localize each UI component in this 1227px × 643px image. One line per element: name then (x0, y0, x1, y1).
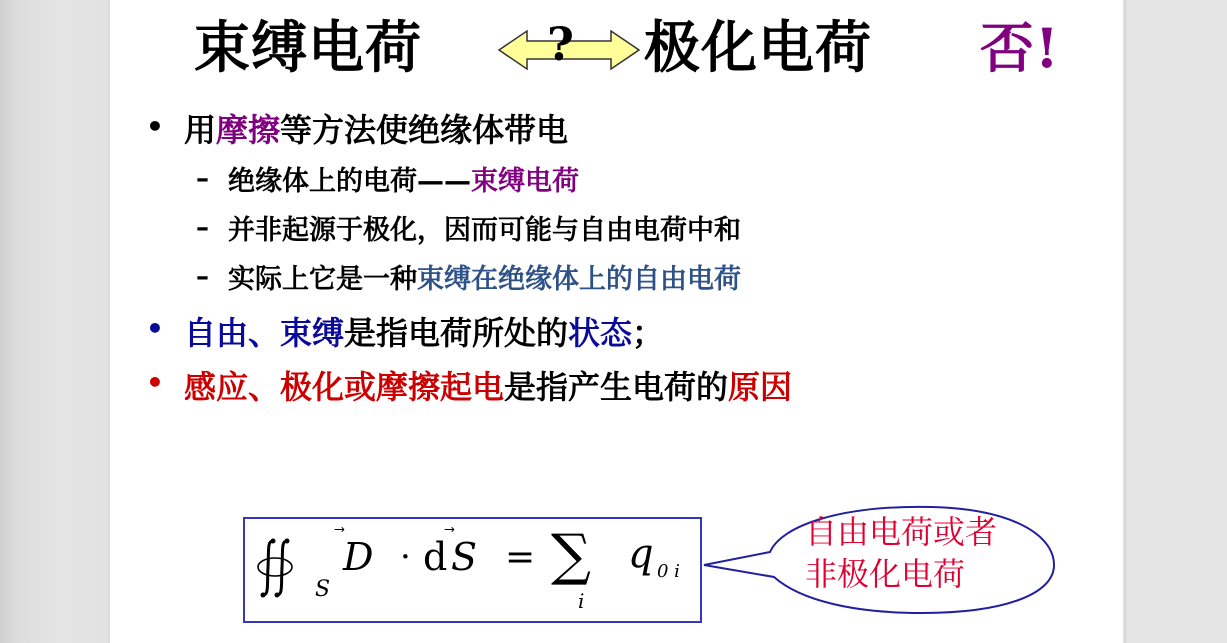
title-bound-charge: 束缚电荷 (194, 12, 422, 84)
text-segment: 绝缘体上的电荷—— (228, 166, 471, 197)
bullet-item: 用摩擦等方法使绝缘体带电 (184, 110, 568, 150)
dot-operator: · (400, 537, 411, 577)
callout-line-2: 非极化电荷 (805, 553, 997, 595)
left-margin-panel (0, 0, 110, 643)
symbol-d: d (423, 535, 447, 579)
sub-bullet-marker: – (196, 213, 209, 243)
text-segment: 是指电荷所处的 (344, 314, 568, 352)
bullet-marker: • (146, 312, 164, 345)
callout-text: 自由电荷或者 非极化电荷 (805, 511, 997, 595)
closed-surface-integral-icon (253, 537, 303, 599)
text-highlight: 感应、极化或摩擦起电 (184, 368, 504, 406)
text-segment: 是指产生电荷的 (504, 368, 728, 406)
q-subscript: 0 i (657, 561, 680, 582)
symbol-D: D (343, 535, 373, 579)
sub-bullet-marker: – (196, 262, 209, 292)
bullet-marker: • (146, 366, 164, 399)
symbol-q: q (628, 531, 654, 577)
title-question-mark: ? (547, 14, 574, 74)
text-highlight: 原因 (728, 368, 792, 406)
sub-bullet-item: 并非起源于极化，因而可能与自由电荷中和 (228, 214, 741, 248)
summation-symbol: ∑ (551, 523, 591, 588)
bullet-marker: • (146, 110, 164, 143)
bullet-item: 自由、束缚是指电荷所处的状态； (184, 313, 664, 353)
text-highlight: 束缚在绝缘体上的自由电荷 (417, 264, 741, 295)
symbol-S: S (451, 535, 477, 579)
text-segment: 并非起源于极化，因而可能与自由电荷中和 (228, 215, 741, 246)
bullet-item: 感应、极化或摩擦起电是指产生电荷的原因 (184, 367, 792, 407)
sub-bullet-item: 实际上它是一种束缚在绝缘体上的自由电荷 (228, 263, 741, 297)
title-polarization-charge: 极化电荷 (644, 12, 872, 84)
text-highlight: 摩擦 (216, 111, 280, 149)
sub-bullet-marker: – (196, 164, 209, 194)
sum-index: i (578, 589, 584, 613)
text-segment: 用 (184, 111, 216, 149)
text-segment: 等方法使绝缘体带电 (280, 111, 568, 149)
equals-sign: = (505, 537, 535, 578)
slide: 束缚电荷 ? 极化电荷 否! • 用摩擦等方法使绝缘体带电 – 绝缘体上的电荷—… (110, 0, 1123, 643)
right-margin-panel (1123, 0, 1227, 643)
callout-line-1: 自由电荷或者 (805, 511, 997, 553)
text-highlight: 自由、束缚 (184, 314, 344, 352)
gauss-law-formula: S ⃗ D · d ⃗ S = ∑ i q 0 i (243, 517, 702, 623)
text-segment: ； (632, 314, 664, 352)
sub-bullet-item: 绝缘体上的电荷——束缚电荷 (228, 165, 579, 199)
text-highlight: 束缚电荷 (471, 166, 579, 197)
text-segment: 实际上它是一种 (228, 264, 417, 295)
text-highlight: 状态 (568, 314, 632, 352)
slide-title: 束缚电荷 ? 极化电荷 否! (110, 8, 1123, 88)
title-answer: 否! (980, 12, 1060, 84)
surface-subscript: S (315, 577, 330, 602)
